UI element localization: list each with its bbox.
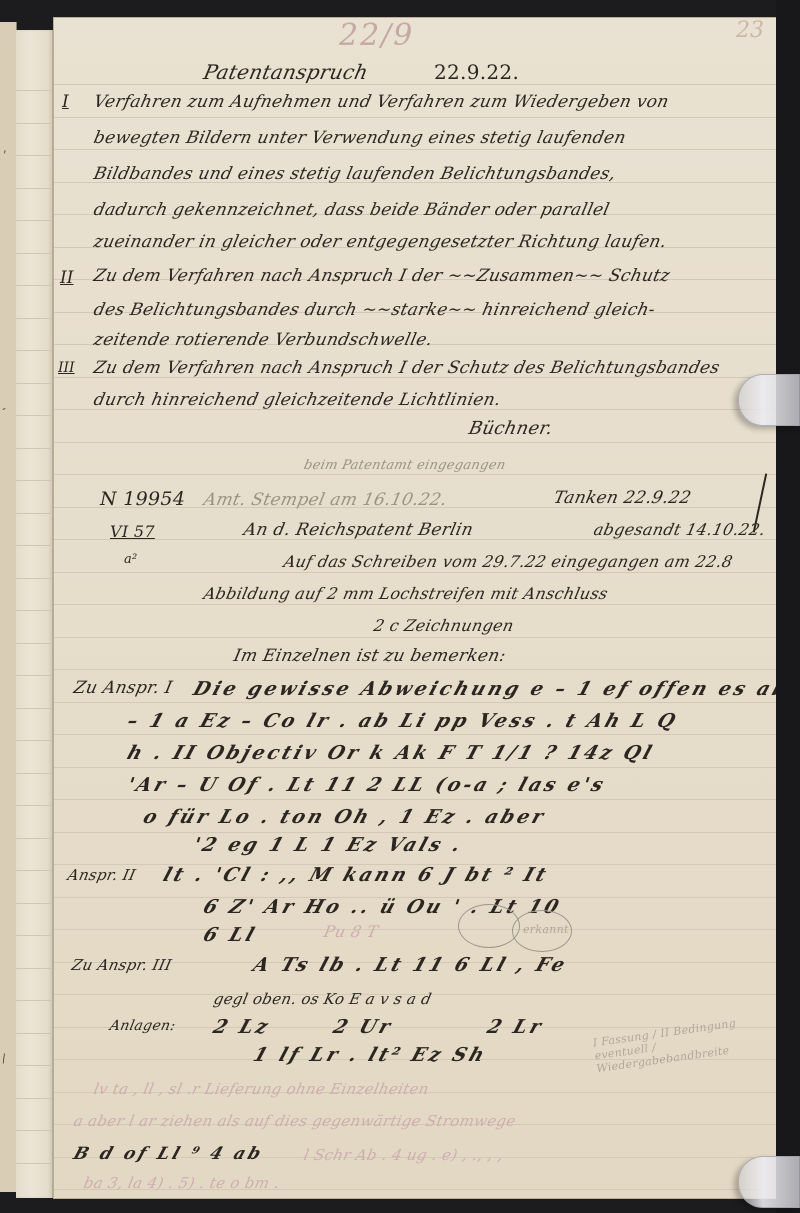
guard-ruled-line bbox=[16, 1163, 52, 1164]
attachment-line-2: 1 lf Lr . lt² Ez Sh bbox=[250, 1044, 490, 1066]
ruled-line bbox=[54, 572, 776, 573]
facing-page-ink: / bbox=[0, 1052, 8, 1065]
guard-ruled-line bbox=[16, 643, 52, 644]
remarks-intro: Im Einzelnen ist zu bemerken: bbox=[232, 646, 508, 666]
guard-ruled-line bbox=[16, 870, 52, 871]
red-pencil-note: Pu 8 T bbox=[322, 922, 380, 941]
ruled-line bbox=[54, 149, 776, 150]
attachment-item-3: 2 Lr bbox=[484, 1016, 546, 1038]
ruled-line bbox=[54, 799, 776, 800]
ruled-line bbox=[54, 474, 776, 475]
heading-date: 22.9.22. bbox=[434, 60, 519, 84]
ruled-line bbox=[54, 637, 776, 638]
claim-1-line-5: zueinander in gleicher oder entgegengese… bbox=[92, 232, 669, 252]
guard-ruled-line bbox=[16, 383, 52, 384]
guard-ruled-line bbox=[16, 155, 52, 156]
footer-shorthand: B d of Ll ⁹ 4 ab bbox=[71, 1144, 267, 1164]
folio-mark: 22/9 bbox=[339, 18, 414, 53]
ruled-line bbox=[54, 669, 776, 670]
guard-ruled-line bbox=[16, 1033, 52, 1034]
guard-ruled-line bbox=[16, 253, 52, 254]
claim-numeral-1: I bbox=[62, 92, 69, 112]
ruled-line bbox=[54, 117, 776, 118]
remark-1-line-4: 'Ar – U Of . Lt 11 2 LL (o-a ; las e's bbox=[124, 774, 609, 796]
ruled-line bbox=[54, 442, 776, 443]
guard-ruled-line bbox=[16, 838, 52, 839]
ruled-line bbox=[54, 832, 776, 833]
guard-ruled-line bbox=[16, 935, 52, 936]
faded-line-1: lv ta , ll , sl .r Lieferung ohne Einzel… bbox=[92, 1080, 431, 1098]
binding-guard-strip bbox=[16, 30, 54, 1198]
guard-ruled-line bbox=[16, 415, 52, 416]
guard-ruled-line bbox=[16, 1098, 52, 1099]
registry-number: N 19954 bbox=[100, 488, 185, 510]
pencil-margin-note: I Fassung / II Bedingung eventuell / Wie… bbox=[592, 1016, 746, 1075]
remark-1-line-3: h . II Objectiv Or k Ak F T 1/1 ? 14z Ql bbox=[124, 742, 657, 764]
ruled-line bbox=[54, 929, 776, 930]
guard-ruled-line bbox=[16, 805, 52, 806]
attachment-item-1: 2 Lz bbox=[210, 1016, 273, 1038]
guard-ruled-line bbox=[16, 318, 52, 319]
remark-3-line-1: A Ts lb . Lt 11 6 Ll , Fe bbox=[250, 954, 570, 976]
remark-3-line-2: gegl oben. os Ko E a v s a d bbox=[212, 990, 433, 1008]
registry-description: Abbildung auf 2 mm Lochstreifen mit Ansc… bbox=[202, 584, 610, 603]
claim-2-line-2: des Belichtungsbandes durch ~~starke~~ h… bbox=[92, 300, 657, 320]
remark-1-line-5: o für Lo . ton Oh , 1 Ez . aber bbox=[140, 806, 549, 828]
claim-numeral-2: II bbox=[60, 268, 73, 288]
guard-ruled-line bbox=[16, 773, 52, 774]
guard-ruled-line bbox=[16, 123, 52, 124]
attachment-item-2: 2 Ur bbox=[330, 1016, 396, 1038]
guard-ruled-line bbox=[16, 285, 52, 286]
registry-sheets: 2 c Zeichnungen bbox=[372, 616, 516, 635]
remark-1-line-2: – 1 a Ez – Co lr . ab Li pp Vess . t Ah … bbox=[124, 710, 681, 732]
guard-ruled-line bbox=[16, 1065, 52, 1066]
guard-ruled-line bbox=[16, 708, 52, 709]
notebook-page: 22/9 23 Patentanspruch 22.9.22. I Verfah… bbox=[54, 18, 776, 1198]
guard-ruled-line bbox=[16, 545, 52, 546]
guard-ruled-line bbox=[16, 610, 52, 611]
claim-2-line-3: zeitende rotierende Verbundschwelle. bbox=[92, 330, 435, 350]
registry-recipient: An d. Reichspatent Berlin bbox=[242, 520, 475, 540]
claim-numeral-3: III bbox=[58, 360, 75, 376]
ruled-line bbox=[54, 734, 776, 735]
registry-dated: Tanken 22.9.22 bbox=[552, 488, 693, 508]
guard-ruled-line bbox=[16, 740, 52, 741]
remark-1-line-1: Die gewisse Abweichung e – 1 ef offen es… bbox=[190, 678, 792, 700]
registry-sent-date: abgesandt 14.10.22. bbox=[592, 520, 767, 539]
faded-line-3: l Schr Ab . 4 ug . e) , ., , , bbox=[302, 1146, 505, 1164]
page-number: 23 bbox=[736, 18, 764, 43]
guard-ruled-line bbox=[16, 220, 52, 221]
ruled-line bbox=[54, 604, 776, 605]
guard-ruled-line bbox=[16, 578, 52, 579]
registry-sub: a² bbox=[124, 552, 138, 567]
guard-ruled-line bbox=[16, 90, 52, 91]
guard-ruled-line bbox=[16, 513, 52, 514]
claim-2-line-1: Zu dem Verfahren nach Anspruch I der ~~Z… bbox=[92, 266, 672, 286]
guard-ruled-line bbox=[16, 1130, 52, 1131]
claim-3-line-2: durch hinreichend gleichzeitende Lichtli… bbox=[92, 390, 503, 410]
guard-ruled-line bbox=[16, 968, 52, 969]
facing-page-ink: - bbox=[0, 402, 8, 415]
guard-ruled-line bbox=[16, 188, 52, 189]
pencil-circle-mark bbox=[458, 904, 520, 948]
pencil-received-note: beim Patentamt eingegangen bbox=[302, 458, 507, 473]
remark-3-label: Zu Anspr. III bbox=[70, 956, 173, 974]
guard-ruled-line bbox=[16, 675, 52, 676]
guard-ruled-line bbox=[16, 350, 52, 351]
faded-line-4: ba 3, la 4) . 5) . te o bm . bbox=[82, 1174, 281, 1192]
remark-2-line-1: lt . 'Cl : ,, M kann 6 J bt ² It bbox=[160, 864, 551, 886]
facing-page-edge: , - / bbox=[0, 22, 17, 1192]
remark-1-label: Zu Anspr. I bbox=[72, 678, 174, 698]
registry-class: VI 57 bbox=[110, 522, 155, 541]
registry-stamp-line: Amt. Stempel am 16.10.22. bbox=[202, 490, 449, 510]
attachments-label: Anlagen: bbox=[108, 1018, 177, 1034]
claim-1-line-2: bewegten Bildern unter Verwendung eines … bbox=[92, 128, 628, 148]
faded-line-2: a aber l ar ziehen als auf dies gegenwär… bbox=[72, 1112, 518, 1130]
ruled-line bbox=[54, 767, 776, 768]
remark-1-line-6: '2 eg 1 L 1 Ez Vals . bbox=[190, 834, 466, 856]
claim-3-line-1: Zu dem Verfahren nach Anspruch I der Sch… bbox=[92, 358, 722, 378]
circled-note-text: erkannt bbox=[523, 923, 569, 936]
claim-1-line-4: dadurch gekennzeichnet, dass beide Bände… bbox=[92, 200, 611, 220]
scan-background-edge bbox=[776, 0, 800, 1213]
guard-ruled-line bbox=[16, 903, 52, 904]
claim-1-line-1: Verfahren zum Aufnehmen und Verfahren zu… bbox=[92, 92, 671, 112]
facing-page-ink: , bbox=[0, 142, 8, 155]
registry-received-line: Auf das Schreiben vom 29.7.22 eingegange… bbox=[282, 552, 735, 571]
guard-ruled-line bbox=[16, 1000, 52, 1001]
page-clip-top bbox=[738, 374, 800, 426]
pencil-circled-annotation: erkannt bbox=[512, 910, 572, 952]
guard-ruled-line bbox=[16, 448, 52, 449]
heading-title: Patentanspruch bbox=[201, 60, 370, 84]
ruled-line bbox=[54, 84, 776, 85]
ruled-line bbox=[54, 702, 776, 703]
guard-ruled-line bbox=[16, 480, 52, 481]
signature: Büchner. bbox=[467, 418, 555, 439]
claim-1-line-3: Bildbandes und eines stetig laufenden Be… bbox=[92, 164, 618, 184]
remark-2-line-3: 6 Ll bbox=[200, 924, 260, 946]
remark-2-label: Anspr. II bbox=[66, 866, 137, 884]
page-clip-bottom bbox=[738, 1156, 800, 1208]
